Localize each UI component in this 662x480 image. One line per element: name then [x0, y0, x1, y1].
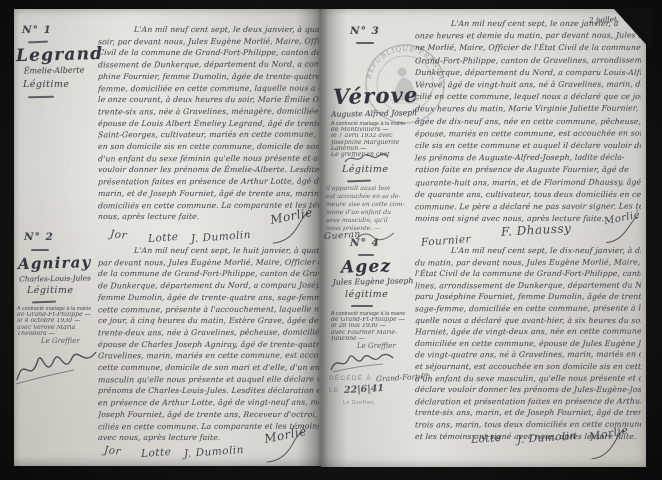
entry-1-number: N° 1 — [22, 24, 52, 36]
handwritten-line: de Dunkerque, département du Nord, a com… — [98, 280, 320, 292]
entry-2-margin-name: Agniray — [18, 253, 92, 273]
underline-mark — [32, 301, 56, 303]
handwritten-line: cette commune, présente à l'accouchement… — [98, 303, 320, 315]
handwritten-line: ce jour, à cinq heures du matin, Estère … — [98, 315, 320, 327]
right-page: 2 juillet. N° 3 RÉPUBLIQUE FRANÇAISE Vér… — [321, 9, 646, 467]
entry-1-margin-status: Légitime — [23, 79, 70, 90]
handwritten-line: âgée de dix-neuf ans, née en cette commu… — [415, 116, 642, 128]
register-scan: N° 1 Legrand Émelie-Alberte Légitime L'A… — [0, 0, 662, 480]
handwritten-line: Joseph Fourniet, âgé de trente ans, Rece… — [98, 409, 320, 421]
stamp-clerk-label: Le Greffier, — [343, 400, 376, 406]
handwritten-line: domiciliée en cette commune, épouse de J… — [415, 338, 642, 350]
handwritten-line: lines, arrondissement de Dunkerque, dépa… — [415, 279, 642, 291]
underline-mark — [28, 96, 54, 98]
handwritten-line: cette commune, domicile de son mari et d… — [98, 362, 320, 374]
handwritten-line: femme Dumolin, âgée de trente-quatre ans… — [98, 292, 320, 304]
left-page: N° 1 Legrand Émelie-Alberte Légitime L'A… — [14, 9, 321, 466]
handwritten-line: L'An mil neuf cent sept, le dix-neuf jan… — [415, 245, 642, 257]
handwritten-line: phine Fournier, femme Dumolin, âgée de t… — [98, 71, 320, 83]
handwritten-line: masculin qu'elle nous présente et auquel… — [98, 373, 320, 385]
signature-dumolin: J. Dumolin — [191, 229, 252, 245]
handwritten-line: en son domicile sis en cette commune, do… — [98, 141, 320, 153]
entry-4-margin-firstnames: Jules Eugène Joseph — [321, 276, 427, 287]
handwritten-line: Gravelines, marin, mariés en cette commu… — [98, 350, 320, 362]
handwritten-line: il apparaît aussi bon — [326, 185, 422, 193]
signature-dumolin: J. Dumolin — [184, 444, 245, 460]
handwritten-line: soir, par devant nous, Jules Eugène Morl… — [98, 35, 320, 47]
handwritten-line: par devant nous, Jules Eugène Morlié, Ma… — [98, 256, 320, 268]
entry-4-number: N° 4 — [350, 237, 380, 249]
entry-3-margin-firstnames: Auguste Alfred Joseph — [321, 108, 427, 119]
handwritten-line: dissement de Dunkerque, département du N… — [98, 59, 320, 71]
stamp-handwritten-date: 22|6|41 — [344, 384, 384, 395]
entry-4-margin-status: légitime — [345, 289, 388, 300]
handwritten-line: paru Joséphine Fourniet, femme Dumolin, … — [415, 291, 642, 303]
handwritten-line: trente-six ans, née à Gravelines, ménagè… — [98, 106, 320, 118]
handwritten-line: mune d'un enfant du — [326, 209, 422, 217]
handwritten-line: Harniet, âgée de vingt-deux ans, née en … — [415, 326, 642, 338]
handwritten-line: Saint-Georges, cultivateur, mariés en ce… — [98, 129, 320, 141]
stamp-printed-text: LE — [329, 387, 339, 394]
stamp-printed-text: DÉCÉDÉ À — [329, 375, 372, 382]
handwritten-line: d'un enfant du sexe féminin qu'elle nous… — [98, 152, 320, 164]
handwritten-line: quelle nous a déclaré que avant-hier, à … — [415, 315, 642, 327]
handwritten-line: d'un enfant du sexe masculin, qu'elle no… — [415, 372, 642, 384]
underline-mark — [31, 249, 49, 251]
handwritten-line: les prénoms de Auguste-Alfred-Joseph, la… — [415, 152, 642, 165]
handwritten-line: Vérove, âgé de vingt-huit ans, né à Grav… — [415, 79, 642, 92]
handwritten-line: le onze courant, à deux heures du soir, … — [98, 94, 320, 106]
handwritten-line: déclaration et présentation faites en pr… — [415, 395, 642, 407]
signature-declarant: Jor — [104, 444, 122, 457]
handwritten-line: déclare vouloir donner les prénoms de Ju… — [415, 384, 642, 396]
entry-2-marriage-mention: A contracté mariage à la mairiede Grand-… — [17, 306, 103, 337]
handwritten-line: ne Morlié, Maire, Officier de l'État Civ… — [415, 42, 642, 54]
entry-3-number: N° 3 — [350, 25, 380, 37]
signature-lotte: Lotte — [471, 432, 502, 446]
signature-dhaussy: F. Dhaussy — [501, 221, 572, 239]
entry-2-body: L'An mil neuf cent sept, le huit janvier… — [98, 245, 319, 444]
handwritten-line: de quarante ans, cultivateur, tous deux … — [415, 189, 642, 201]
underline-mark — [28, 41, 48, 43]
handwritten-line: cile sis en cette commune et auquel il d… — [415, 140, 642, 152]
handwritten-line: meure sise en cette com- — [326, 201, 422, 209]
signature-lotte: Lotte — [141, 446, 172, 460]
entry-1-margin-firstnames: Émelie-Alberte — [14, 65, 100, 76]
entry-4-clerk-label: Le Greffier — [357, 342, 396, 350]
handwritten-line: L'An mil neuf cent sept, le onze janvier… — [415, 18, 642, 30]
signature-lotte: Lotte — [148, 231, 179, 245]
entry-2-margin-firstnames: Charles-Louis-Jules — [14, 273, 104, 284]
handwritten-line: épouse de Charles Joseph Agniray, âgé de… — [98, 339, 320, 351]
handwritten-line: femme, domiciliée en cette commune, laqu… — [98, 82, 320, 94]
clerk-signature-flourish — [343, 151, 389, 165]
clerk-signature-flourish — [14, 346, 98, 388]
underline-mark — [351, 305, 373, 307]
underline-mark — [347, 180, 371, 182]
handwritten-line: du matin, par devant nous, Jules Eugène … — [415, 256, 642, 268]
entry-3-margin-note: il apparaît aussi bonest accouchée en sa… — [326, 185, 421, 233]
handwritten-line: présentation faites en présence de Arthu… — [98, 176, 320, 188]
handwritten-line: en présence de Arthur Lotte, âgé de ving… — [98, 397, 320, 409]
entry-2-number: N° 2 — [24, 231, 54, 243]
handwritten-line: marin, et de Joseph Fourniet, âgé de tre… — [98, 188, 320, 200]
handwritten-line: épouse de Louis Albert Émeliey Legrand, … — [98, 118, 320, 130]
entry-4-margin-name: Agez — [341, 256, 392, 277]
handwritten-line: onze heures et demie du matin, par devan… — [415, 30, 642, 43]
handwritten-line: vouloir donner les prénoms de Émelie-Alb… — [98, 164, 320, 176]
handwritten-line: ration faite en présence de Auguste Four… — [415, 164, 642, 176]
entry-1-margin-name: Legrand — [16, 44, 104, 66]
handwritten-line: de vingt-quatre ans, né à Gravelines, ma… — [415, 349, 642, 361]
handwritten-line: trente-six ans, marin, et de Joseph Four… — [415, 407, 642, 419]
handwritten-line: de la commune de Grand-Fort-Philippe, ca… — [98, 268, 320, 280]
entry-1-body: L'An mil neuf cent sept, le deux janvier… — [98, 24, 319, 223]
underline-mark — [358, 254, 374, 256]
entry-2-clerk-label: Le Greffier — [41, 337, 80, 345]
handwritten-line: cilié en cette commune, lequel nous a dé… — [415, 91, 642, 103]
handwritten-line: quarante-huit ans, marin, et de Florimon… — [415, 176, 642, 189]
handwritten-line: commune. Le père a déclaré ne pas savoir… — [415, 201, 642, 214]
handwritten-line: trente-deux ans, née à Gravelines, pêche… — [98, 327, 320, 339]
handwritten-line: épouse, mariés en cette commune, est acc… — [415, 127, 642, 140]
entry-4-body: L'An mil neuf cent sept, le dix-neuf jan… — [415, 245, 641, 442]
handwritten-line: prénoms de Charles-Louis-Jules. Lesdites… — [98, 385, 320, 397]
entry-3-margin-name: Vérove — [333, 82, 419, 109]
handwritten-line: est accouchée en sa de- — [326, 193, 422, 201]
handwritten-line: sage-femme, domiciliée en cette commune,… — [415, 303, 642, 315]
handwritten-line: sexe masculin, qu'il — [326, 217, 422, 225]
handwritten-line: L'An mil neuf cent sept, le huit janvier… — [98, 245, 320, 257]
handwritten-line: Dunkerque, département du Nord, a compar… — [415, 67, 642, 79]
entry-2-margin-status: Légitime — [27, 285, 74, 296]
entry-3-margin-status: Légitime — [342, 164, 389, 175]
handwritten-line: L'An mil neuf cent sept, le deux janvier… — [98, 24, 320, 36]
seal-figure-head — [398, 68, 407, 77]
handwritten-line: Grand-Fort-Philippe, canton de Graveline… — [415, 54, 642, 67]
handwritten-line: l'État Civil de la commune de Grand-Fort… — [415, 268, 642, 280]
handwritten-line: et séjournant, est accouchée en son domi… — [415, 361, 642, 373]
handwritten-line: Civil de la commune de Grand-Fort-Philip… — [98, 47, 320, 59]
handwritten-line: deux heures du matin, Marie Virginie Jul… — [415, 103, 642, 116]
entry-3-body: L'An mil neuf cent sept, le onze janvier… — [415, 18, 641, 225]
entry-4-marriage-mention: A contracté mariage à la mairiede Grand-… — [331, 311, 417, 342]
signature-declarant: Jor — [109, 228, 127, 242]
